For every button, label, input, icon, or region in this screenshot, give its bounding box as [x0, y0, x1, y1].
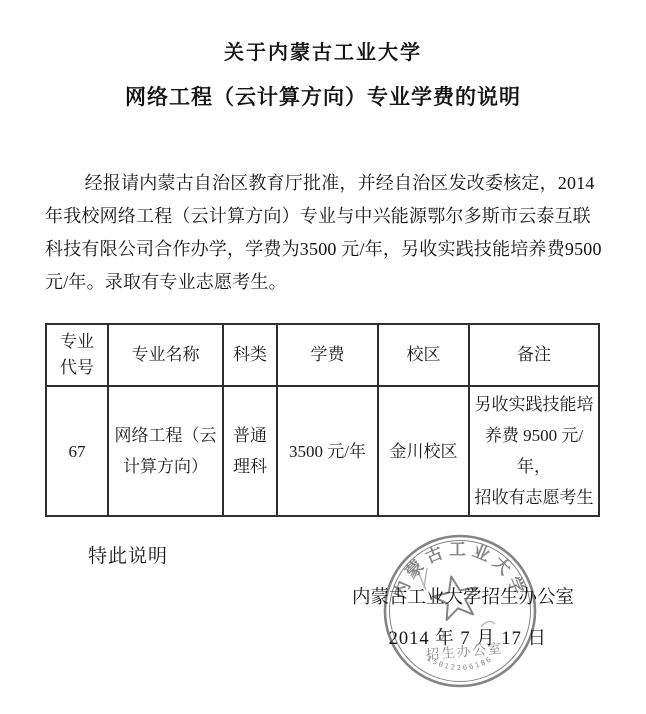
- cell-campus: 金川校区: [378, 386, 469, 516]
- header-cell-remark: 备注: [469, 324, 599, 386]
- body-paragraph: 经报请内蒙古自治区教育厅批准，并经自治区发改委核定，2014 年我校网络工程（云…: [45, 167, 610, 299]
- official-seal-stamp: 内蒙古工业大学 招生办公室 15012206186: [381, 532, 539, 690]
- header-cell-major-name: 专业名称: [108, 324, 223, 386]
- closing-statement: 特此说明: [88, 541, 646, 568]
- cell-major-name: 网络工程（云 计算方向）: [108, 386, 223, 516]
- cell-major-code: 67: [46, 386, 108, 516]
- cell-tuition: 3500 元/年: [277, 386, 378, 516]
- fee-table: 专业 代号 专业名称 科类 学费 校区 备注 67 网络工程（云 计算方向） 普…: [45, 323, 600, 517]
- cell-remark: 另收实践技能培 养费 9500 元/年， 招收有志愿考生: [469, 386, 599, 516]
- fee-table-wrapper: 专业 代号 专业名称 科类 学费 校区 备注 67 网络工程（云 计算方向） 普…: [45, 323, 646, 517]
- table-header-row: 专业 代号 专业名称 科类 学费 校区 备注: [46, 324, 599, 386]
- header-cell-tuition: 学费: [277, 324, 378, 386]
- signature-organization: 内蒙古工业大学招生办公室: [352, 583, 574, 609]
- table-row: 67 网络工程（云 计算方向） 普通 理科 3500 元/年 金川校区 另收实践…: [46, 386, 599, 516]
- cell-category: 普通 理科: [223, 386, 277, 516]
- document-title-line2: 网络工程（云计算方向）专业学费的说明: [0, 81, 646, 111]
- document-title-line1: 关于内蒙古工业大学: [0, 0, 646, 65]
- document-page: 关于内蒙古工业大学 网络工程（云计算方向）专业学费的说明 经报请内蒙古自治区教育…: [0, 0, 646, 714]
- header-cell-campus: 校区: [378, 324, 469, 386]
- signature-date: 2014 年 7 月 17 日: [389, 624, 547, 650]
- header-cell-major-code: 专业 代号: [46, 324, 108, 386]
- header-cell-category: 科类: [223, 324, 277, 386]
